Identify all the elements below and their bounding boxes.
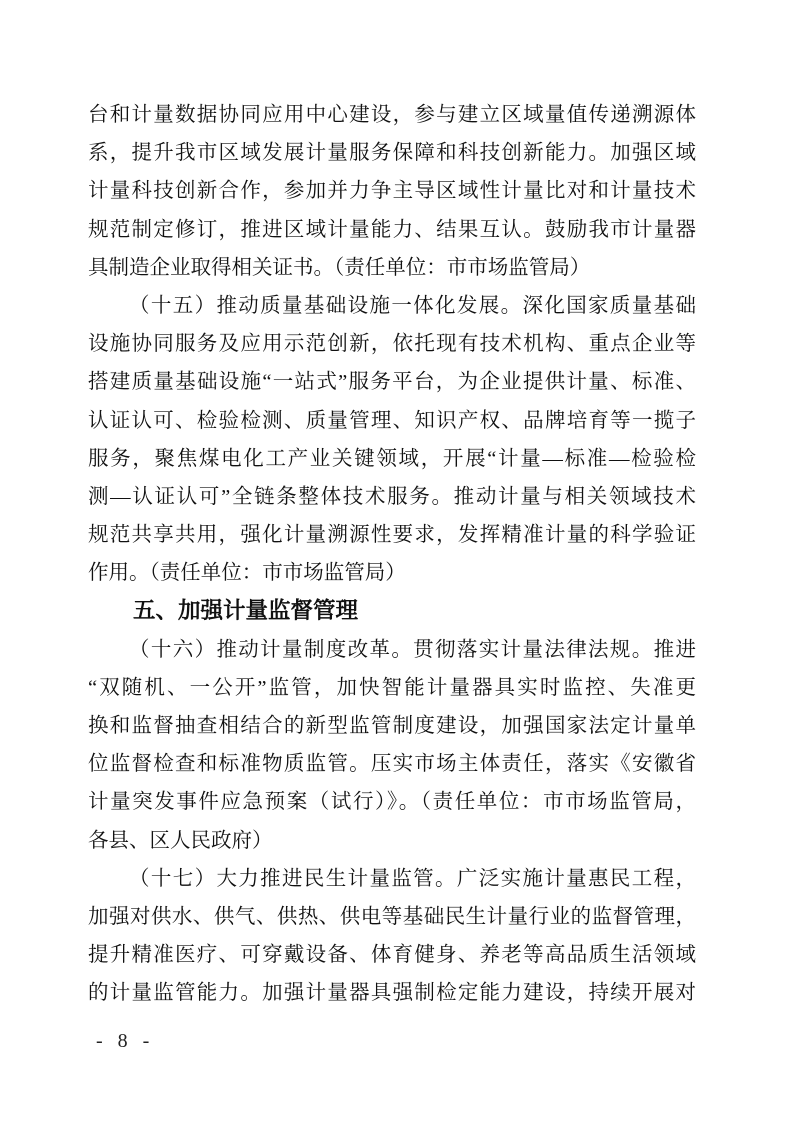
text-line: （十六）推动计量制度改革。贯彻落实计量法律法规。推进 — [88, 631, 696, 669]
text-line: 测—认证认可”全链条整体技术服务。推动计量与相关领域技术 — [88, 478, 696, 516]
section-heading: 五、加强计量监督管理 — [88, 592, 696, 630]
text-line: 位监督检查和标准物质监管。压实市场主体责任，落实《安徽省 — [88, 745, 696, 783]
text-line: 各县、区人民政府） — [88, 822, 696, 860]
text-line: 作用。（责任单位：市市场监管局） — [88, 554, 696, 592]
text-line: 服务，聚焦煤电化工产业关键领域，开展“计量—标准—检验检 — [88, 440, 696, 478]
text-line: 搭建质量基础设施“一站式”服务平台，为企业提供计量、标准、 — [88, 363, 696, 401]
text-line: 设施协同服务及应用示范创新，依托现有技术机构、重点企业等 — [88, 325, 696, 363]
text-body: 台和计量数据协同应用中心建设，参与建立区域量值传递溯源体系，提升我市区域发展计量… — [88, 96, 696, 1013]
text-line: 计量科技创新合作，参加并力争主导区域性计量比对和计量技术 — [88, 172, 696, 210]
text-line: 的计量监管能力。加强计量器具强制检定能力建设，持续开展对 — [88, 974, 696, 1012]
document-page: 台和计量数据协同应用中心建设，参与建立区域量值传递溯源体系，提升我市区域发展计量… — [0, 0, 793, 1122]
text-line: （十七）大力推进民生计量监管。广泛实施计量惠民工程， — [88, 860, 696, 898]
text-line: （十五）推动质量基础设施一体化发展。深化国家质量基础 — [88, 287, 696, 325]
text-line: 具制造企业取得相关证书。（责任单位：市市场监管局） — [88, 249, 696, 287]
text-line: 加强对供水、供气、供热、供电等基础民生计量行业的监督管理， — [88, 898, 696, 936]
text-line: 提升精准医疗、可穿戴设备、体育健身、养老等高品质生活领域 — [88, 936, 696, 974]
text-line: 规范制定修订，推进区域计量能力、结果互认。鼓励我市计量器 — [88, 211, 696, 249]
text-line: 台和计量数据协同应用中心建设，参与建立区域量值传递溯源体 — [88, 96, 696, 134]
text-line: 系，提升我市区域发展计量服务保障和科技创新能力。加强区域 — [88, 134, 696, 172]
text-line: “双随机、一公开”监管，加快智能计量器具实时监控、失准更 — [88, 669, 696, 707]
text-line: 计量突发事件应急预案（试行）》。（责任单位：市市场监管局， — [88, 783, 696, 821]
page-number: - 8 - — [96, 1030, 154, 1053]
text-line: 换和监督抽查相结合的新型监管制度建设，加强国家法定计量单 — [88, 707, 696, 745]
text-line: 认证认可、检验检测、质量管理、知识产权、品牌培育等一揽子 — [88, 402, 696, 440]
text-line: 规范共享共用，强化计量溯源性要求，发挥精准计量的科学验证 — [88, 516, 696, 554]
